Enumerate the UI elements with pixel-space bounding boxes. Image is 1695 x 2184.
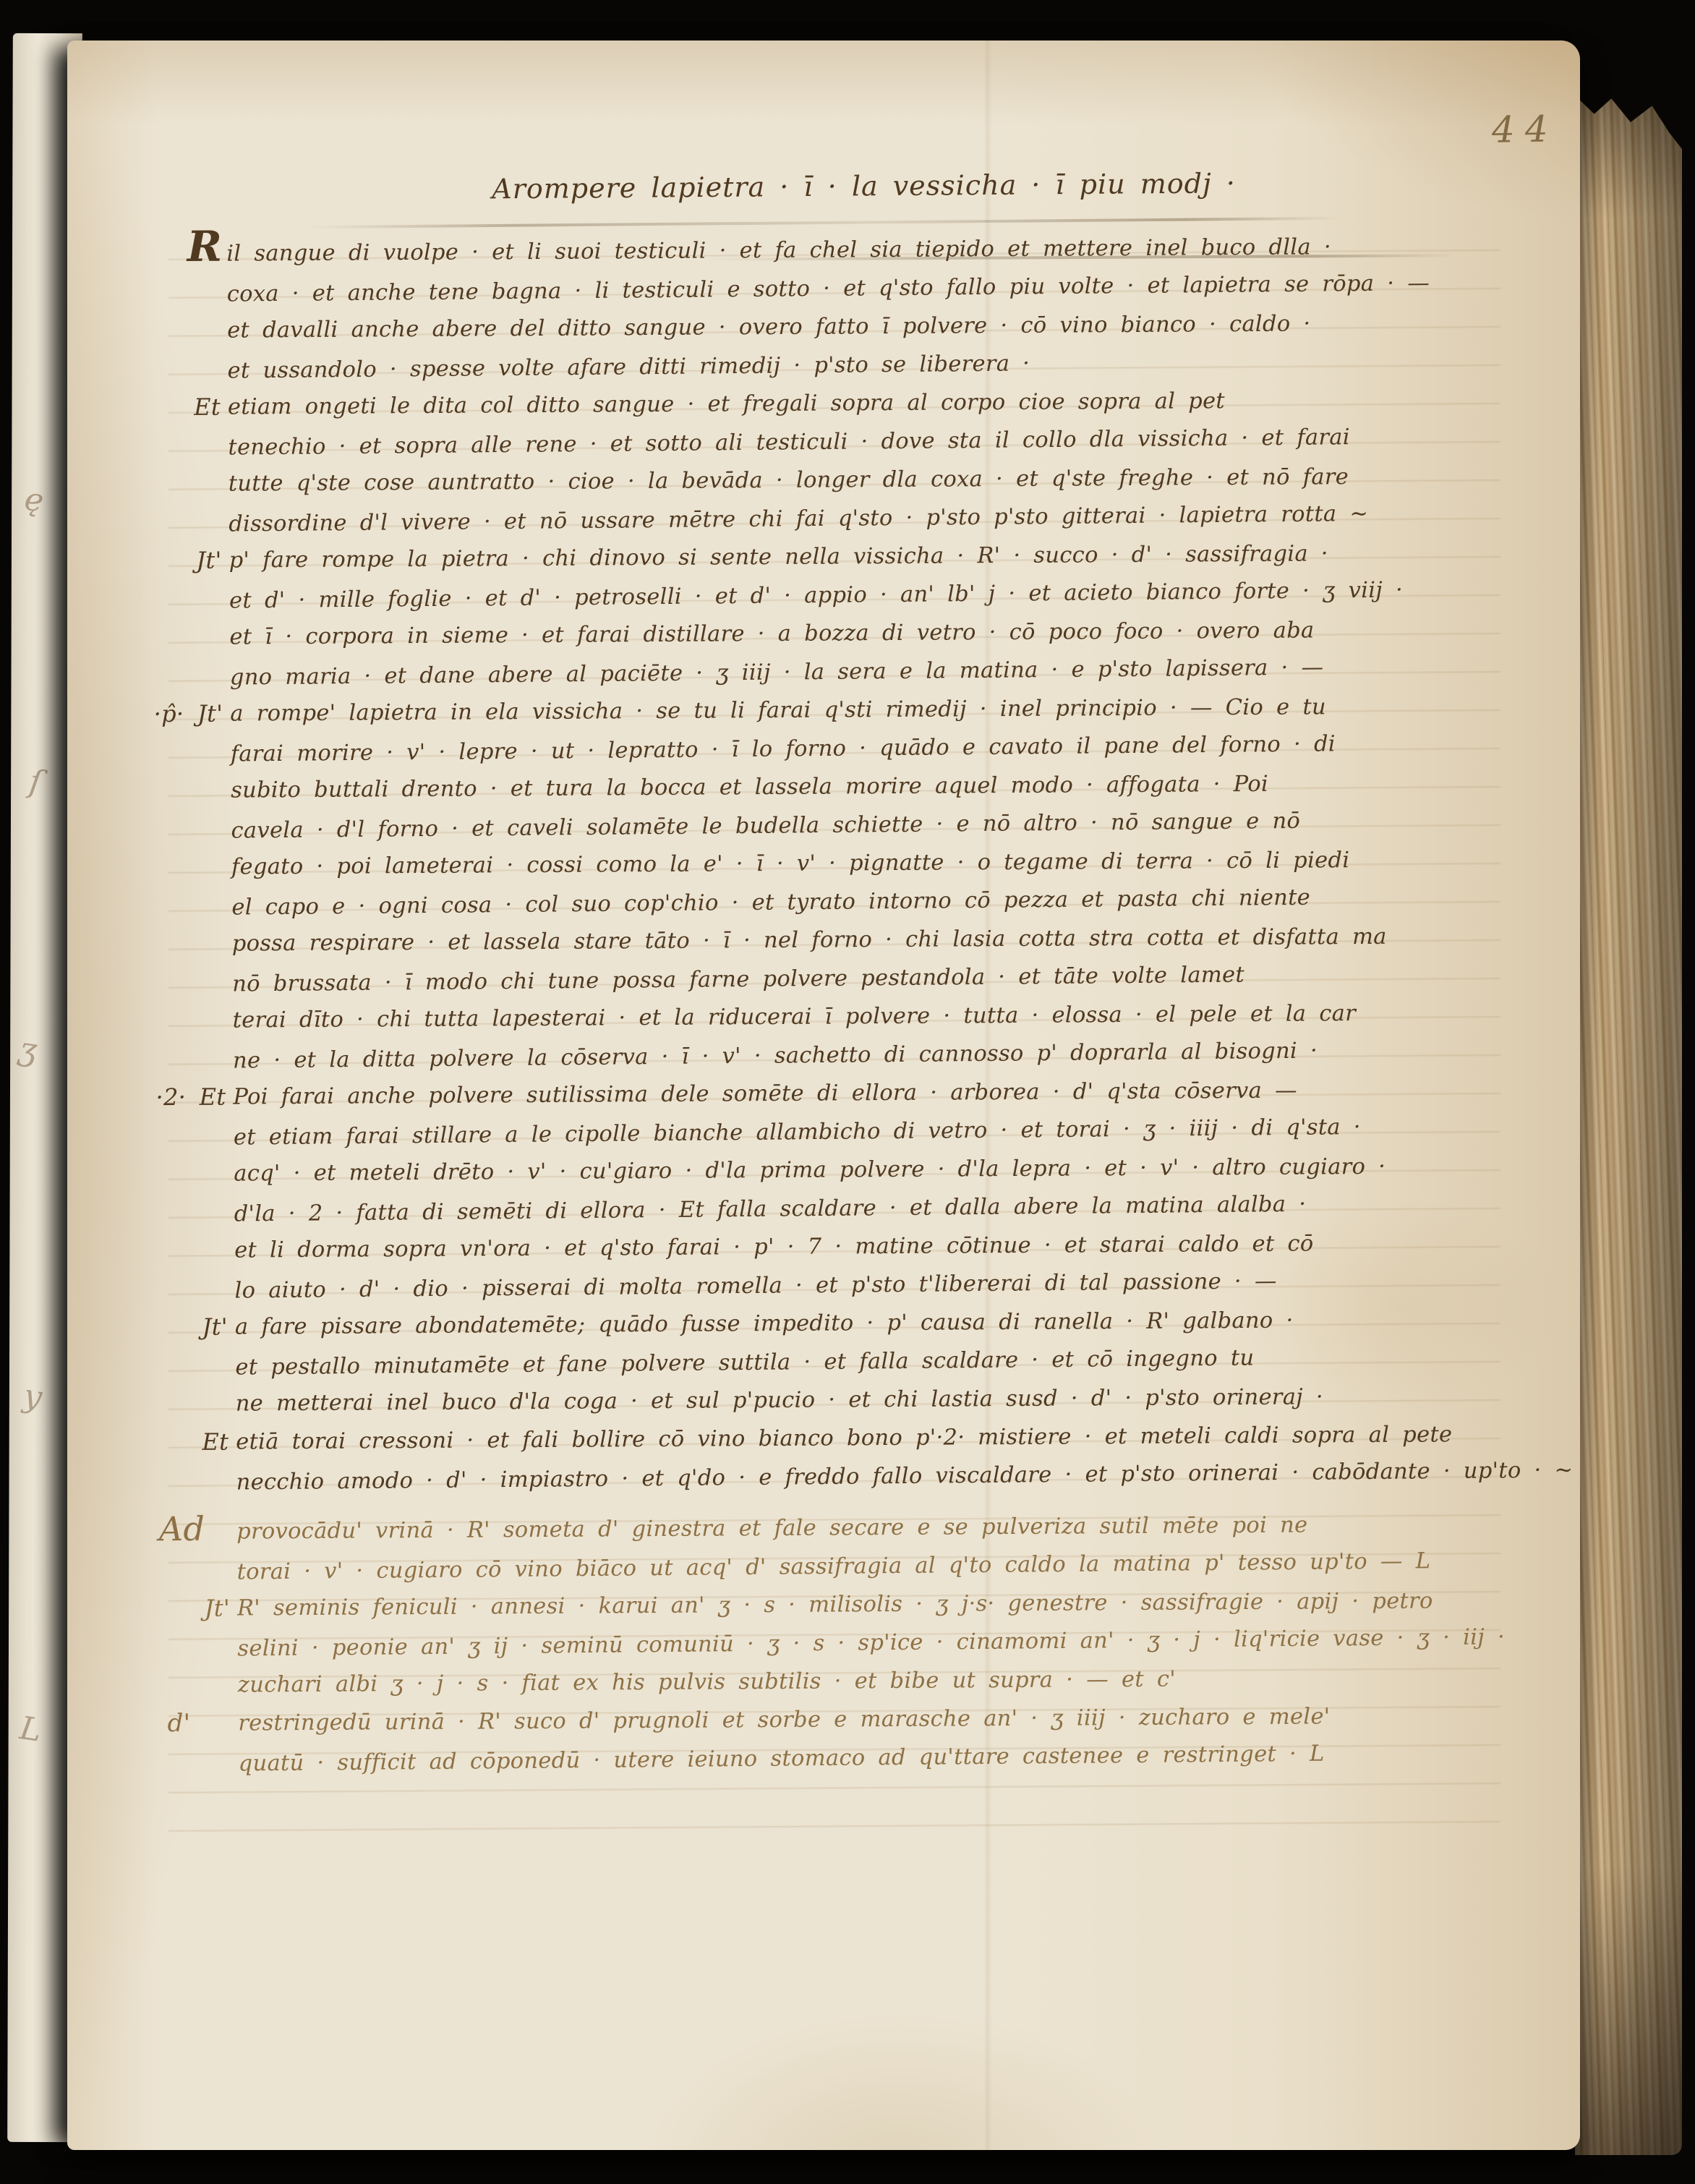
paragraph: Etetiā torai cressoni · et fali bollire … (78, 1413, 1580, 1501)
paragraph-marker: Jt' (196, 542, 222, 580)
line-text: Poi farai anche polvere sutilissima dele… (233, 1078, 1297, 1110)
bleedthrough-mark: L (17, 1710, 43, 1749)
line-text: a fare pissare abondatemēte; quādo fusse… (235, 1308, 1294, 1340)
paragraph: Jt'a fare pissare abondatemēte; quādo fu… (77, 1298, 1580, 1425)
paragraph-marker: d' (167, 1705, 190, 1743)
paragraph: Etetiam ongeti le dita col ditto sangue … (70, 379, 1580, 544)
line-text: etiā torai cressoni · et fali bollire cō… (236, 1422, 1452, 1454)
paragraph: Ril sangue di vuolpe · et li suoi testic… (69, 226, 1580, 391)
page-edges-stack (1575, 95, 1682, 2155)
paragraph-marker: Et (194, 388, 221, 427)
paragraph-marker: ·p̂· Jt' (154, 695, 223, 734)
paragraph: Jt'R' seminis feniculi · annesi · karui … (80, 1579, 1580, 1706)
bleedthrough-mark: ſ (27, 763, 44, 801)
paragraph: ·p̂· Jt'a rompe' lapietra in ela vissich… (72, 686, 1580, 1080)
line-text: etiam ongeti le dita col ditto sangue · … (228, 388, 1225, 419)
paragraph: Jt'p' fare rompe la pietra · chi dinovo … (71, 532, 1580, 697)
paragraph: ·2· EtPoi farai anche polvere sutilissim… (75, 1068, 1580, 1310)
manuscript-page: 44 Arompere lapietra · ī · la vessicha ·… (67, 40, 1580, 2150)
bleedthrough-mark: ę (22, 480, 46, 519)
paragraph-marker: Jt' (204, 1590, 230, 1628)
paragraph-marker: Ad (159, 1510, 205, 1548)
line-text: il sangue di vuolpe · et li suoi testicu… (226, 234, 1331, 266)
line-text: R' seminis feniculi · annesi · karui an'… (237, 1588, 1433, 1621)
line-text: restringedū urinā · R' suco d' prugnoli … (238, 1704, 1330, 1736)
paragraph-marker: Jt' (202, 1308, 228, 1347)
paragraph-marker: Et (202, 1423, 229, 1462)
line-text: a rompe' lapietra in ela vissicha · se t… (230, 694, 1326, 726)
line-text: p' fare rompe la pietra · chi dinovo si … (229, 541, 1328, 573)
bleedthrough-mark: y (21, 1377, 44, 1416)
paragraph: Adprovocādu' vrinā · R' someta d' ginest… (79, 1503, 1580, 1591)
chapter-title: Arompere lapietra · ī · la vessicha · ī … (249, 166, 1478, 207)
paragraph: d'restringedū urinā · R' suco d' prugnol… (80, 1694, 1580, 1783)
line-text: provocādu' vrinā · R' someta d' ginestra… (236, 1513, 1307, 1545)
bleedthrough-mark: ʒ (17, 1030, 40, 1069)
paragraph-marker: R (187, 228, 223, 266)
paragraph-marker: ·2· Et (155, 1078, 226, 1117)
text-block: Arompere lapietra · ī · la vessicha · ī … (67, 40, 1580, 1783)
